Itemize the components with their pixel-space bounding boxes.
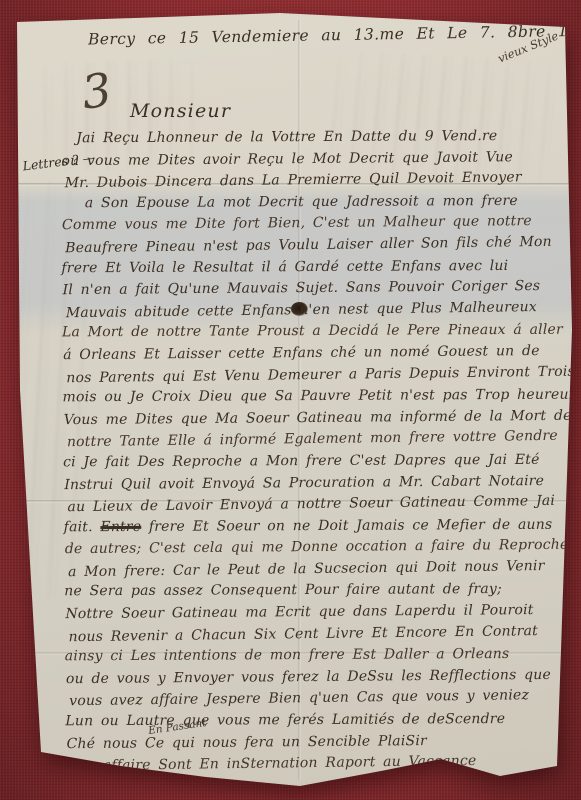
salutation: Monsieur [130, 100, 231, 122]
letter-line-suffix: frere Et Soeur on ne Doit Jamais ce Mefi… [141, 516, 552, 534]
letter-line: ainsy ci Les intentions de mon frere Est… [65, 644, 565, 668]
letter-line: mois ou Je Croix Dieu que Sa Pauvre Peti… [62, 385, 562, 409]
letter-line: Lun ou Lautre que vous me ferés Lamitiés… [65, 709, 565, 733]
letter-paper: Bercy ce 15 Vendemiere au 13.me Et Le 7.… [0, 0, 581, 800]
letter-line: La Mort de nottre Tante Proust a Decidá … [62, 320, 562, 344]
letter-line: frere Et Voila le Resultat il á Gardé ce… [61, 255, 561, 279]
letter-line: a Son Epouse La mot Decrit que Jadressoi… [61, 190, 561, 214]
letter-line-prefix: fait. [64, 519, 101, 535]
letter-line: ci Je fait Des Reproche a Mon frere C'es… [63, 450, 563, 474]
letter-body: Jai Reçu Lhonneur de la Vottre En Datte … [61, 125, 567, 777]
page-flourish-mark: 3 [79, 66, 114, 116]
letter-line: ne Sera pas assez Consequent Pour faire … [64, 579, 564, 603]
letter-line: Jai Reçu Lhonneur de la Vottre En Datte … [60, 126, 560, 150]
struck-word: Entre [100, 519, 141, 535]
letter-line-with-strikeout: fait. Entre frere Et Soeur on ne Doit Ja… [64, 514, 564, 538]
photo-of-letter: Bercy ce 15 Vendemiere au 13.me Et Le 7.… [0, 0, 581, 800]
letter-dateline: Bercy ce 15 Vendemiere au 13.me Et Le 7.… [88, 22, 581, 49]
letter-paper-wrap: Bercy ce 15 Vendemiere au 13.me Et Le 7.… [0, 0, 581, 800]
